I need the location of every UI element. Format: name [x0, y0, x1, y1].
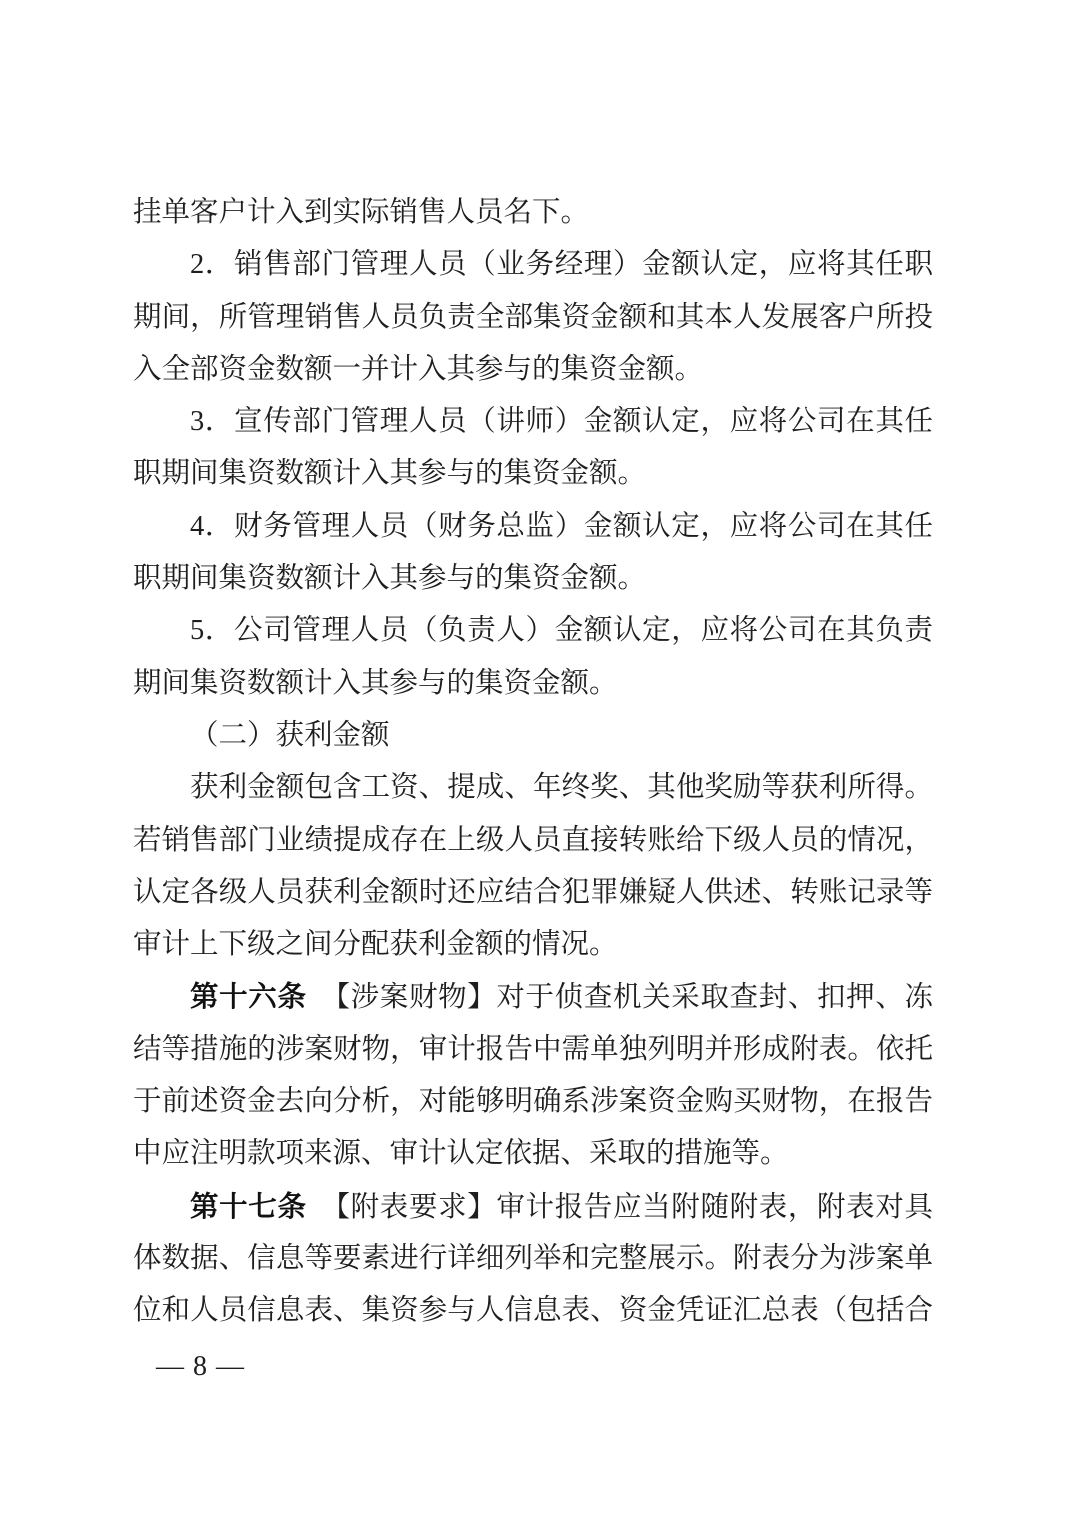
text-segment: 于前述资金去向分析，对能够明确系涉案资金购买财物，在报告 [133, 1086, 933, 1117]
text-line: 结等措施的涉案财物，审计报告中需单独列明并形成附表。依托 [133, 1024, 933, 1076]
text-segment: 职期间集资数额计入其参与的集资金额。 [133, 563, 646, 594]
text-line: 期间集资数额计入其参与的集资金额。 [133, 658, 933, 710]
document-body: 挂单客户计入到实际销售人员名下。2．销售部门管理人员（业务经理）金额认定，应将其… [133, 187, 933, 1338]
article-number: 第十六条 [190, 981, 307, 1013]
text-line: 审计上下级之间分配获利金额的情况。 [133, 919, 933, 971]
text-line: 第十七条 【附表要求】审计报告应当附随附表，附表对具 [133, 1181, 933, 1233]
text-segment: 4．财务管理人员（财务总监）金额认定，应将公司在其任 [190, 511, 933, 542]
text-line: 若销售部门业绩提成存在上级人员直接转账给下级人员的情况， [133, 815, 933, 867]
text-line: 体数据、信息等要素进行详细列举和完整展示。附表分为涉案单 [133, 1233, 933, 1285]
text-segment: 审计上下级之间分配获利金额的情况。 [133, 929, 618, 960]
text-line: （二）获利金额 [133, 710, 933, 762]
text-line: 3．宣传部门管理人员（讲师）金额认定，应将公司在其任 [133, 396, 933, 448]
text-segment: 挂单客户计入到实际销售人员名下。 [133, 197, 589, 228]
text-line: 于前述资金去向分析，对能够明确系涉案资金购买财物，在报告 [133, 1076, 933, 1128]
text-segment: 若销售部门业绩提成存在上级人员直接转账给下级人员的情况， [133, 825, 933, 856]
text-segment: 入全部资金数额一并计入其参与的集资金额。 [133, 354, 703, 385]
text-segment: 职期间集资数额计入其参与的集资金额。 [133, 458, 646, 489]
text-segment: 期间，所管理销售人员负责全部集资金额和其本人发展客户所投 [133, 302, 933, 333]
text-segment: 中应注明款项来源、审计认定依据、采取的措施等。 [133, 1138, 789, 1169]
text-line: 挂单客户计入到实际销售人员名下。 [133, 187, 933, 239]
text-line: 获利金额包含工资、提成、年终奖、其他奖励等获利所得。 [133, 762, 933, 814]
text-line: 入全部资金数额一并计入其参与的集资金额。 [133, 344, 933, 396]
text-line: 职期间集资数额计入其参与的集资金额。 [133, 448, 933, 500]
text-segment: 5．公司管理人员（负责人）金额认定，应将公司在其负责 [190, 615, 933, 646]
text-segment: 结等措施的涉案财物，审计报告中需单独列明并形成附表。依托 [133, 1034, 933, 1065]
text-segment: 获利金额包含工资、提成、年终奖、其他奖励等获利所得。 [190, 772, 933, 803]
text-segment: 3．宣传部门管理人员（讲师）金额认定，应将公司在其任 [190, 406, 933, 437]
page-number-footer: — 8 — [156, 1353, 245, 1381]
text-line: 职期间集资数额计入其参与的集资金额。 [133, 553, 933, 605]
text-segment: 【附表要求】审计报告应当附随附表，附表对具 [307, 1192, 933, 1223]
text-segment: 位和人员信息表、集资参与人信息表、资金凭证汇总表（包括合 [133, 1295, 933, 1326]
text-line: 第十六条 【涉案财物】对于侦查机关采取查封、扣押、冻 [133, 971, 933, 1023]
text-line: 中应注明款项来源、审计认定依据、采取的措施等。 [133, 1128, 933, 1180]
text-line: 期间，所管理销售人员负责全部集资金额和其本人发展客户所投 [133, 292, 933, 344]
text-segment: （二）获利金额 [190, 720, 390, 751]
text-line: 5．公司管理人员（负责人）金额认定，应将公司在其负责 [133, 605, 933, 657]
text-segment: 【涉案财物】对于侦查机关采取查封、扣押、冻 [307, 982, 933, 1013]
article-number: 第十七条 [190, 1191, 307, 1223]
text-segment: 体数据、信息等要素进行详细列举和完整展示。附表分为涉案单 [133, 1243, 933, 1274]
text-line: 认定各级人员获利金额时还应结合犯罪嫌疑人供述、转账记录等 [133, 867, 933, 919]
text-line: 4．财务管理人员（财务总监）金额认定，应将公司在其任 [133, 501, 933, 553]
text-line: 位和人员信息表、集资参与人信息表、资金凭证汇总表（包括合 [133, 1285, 933, 1337]
text-segment: 2．销售部门管理人员（业务经理）金额认定，应将其任职 [190, 249, 933, 280]
document-page: 挂单客户计入到实际销售人员名下。2．销售部门管理人员（业务经理）金额认定，应将其… [0, 0, 1074, 1520]
text-segment: 认定各级人员获利金额时还应结合犯罪嫌疑人供述、转账记录等 [133, 877, 933, 908]
text-line: 2．销售部门管理人员（业务经理）金额认定，应将其任职 [133, 239, 933, 291]
text-segment: 期间集资数额计入其参与的集资金额。 [133, 668, 618, 699]
